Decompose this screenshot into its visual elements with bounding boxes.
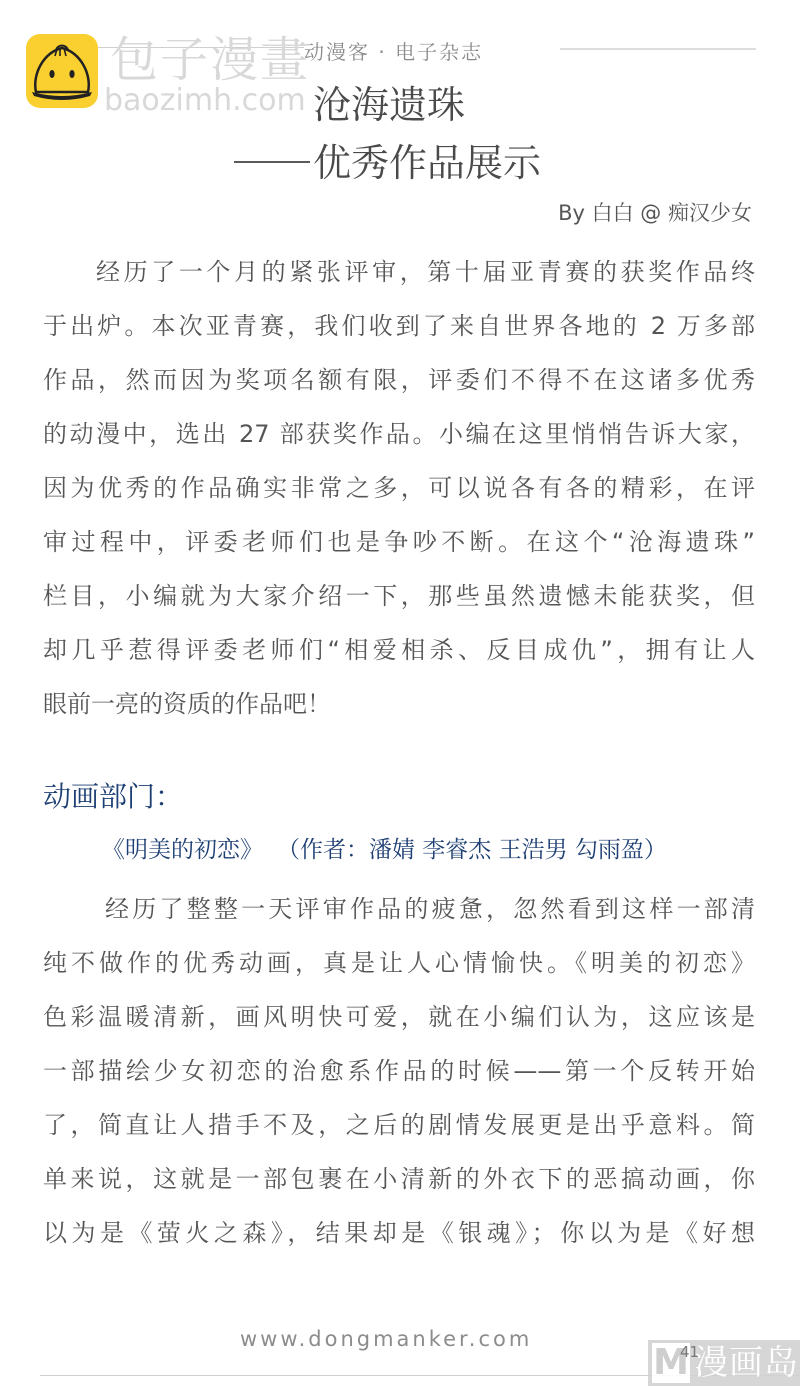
text-line: 因为优秀的作品确实非常之多，可以说各有各的精彩，在评 (43, 461, 755, 515)
text-line: 经历了整整一天评审作品的疲惫，忽然看到这样一部清 (43, 882, 755, 936)
magazine-name: 动漫客 · 电子杂志 (304, 36, 483, 65)
work-title: 《明美的初恋》 (102, 837, 263, 863)
text-line: 眼前一亮的资质的作品吧！ (43, 677, 755, 731)
text-line: 单来说，这就是一部包裹在小清新的外衣下的恶搞动画，你 (43, 1152, 755, 1206)
header-rule-right (560, 48, 756, 50)
text-line: 作品，然而因为奖项名额有限，评委们不得不在这诸多优秀 (43, 353, 755, 407)
watermark-site-name: 包子漫畫 (110, 30, 310, 90)
text-line: 栏目，小编就为大家介绍一下，那些虽然遗憾未能获奖，但 (43, 569, 755, 623)
title-dash (234, 161, 310, 163)
text-line: 以为是《萤火之森》，结果却是《银魂》；你以为是《好想 (43, 1206, 755, 1260)
text-line: 纯不做作的优秀动画，真是让人心情愉快。《明美的初恋》 (43, 936, 755, 990)
work-authors: （作者：潘婧 李睿杰 王浩男 勾雨盈） (277, 837, 667, 863)
article-title: 沧海遗珠 (313, 80, 465, 130)
page-number: 41 (680, 1343, 699, 1361)
corner-badge-text: 漫画岛 (694, 1342, 799, 1384)
text-line: 色彩温暖清新，画风明快可爱，就在小编们认为，这应该是 (43, 990, 755, 1044)
steamed-bun-icon (26, 34, 98, 108)
text-line: 经历了一个月的紧张评审，第十届亚青赛的获奖作品终 (43, 245, 755, 299)
article-subtitle: 优秀作品展示 (313, 138, 541, 188)
text-line: 却几乎惹得评委老师们“相爱相杀、反目成仇”，拥有让人 (43, 623, 755, 677)
footer-url: www.dongmanker.com (240, 1327, 532, 1351)
text-line: 的动漫中，选出 27 部获奖作品。小编在这里悄悄告诉大家， (43, 407, 755, 461)
text-line: 于出炉。本次亚青赛，我们收到了来自世界各地的 2 万多部 (43, 299, 755, 353)
section-heading: 动画部门： (43, 775, 183, 819)
text-line: 了，简直让人措手不及，之后的剧情发展更是出乎意料。简 (43, 1098, 755, 1152)
text-line: 一部描绘少女初恋的治愈系作品的时候——第一个反转开始 (43, 1044, 755, 1098)
watermark-site-url: baozimh.com (104, 84, 306, 118)
work-title-line: 《明美的初恋》（作者：潘婧 李睿杰 王浩男 勾雨盈） (102, 830, 667, 870)
intro-paragraph: 经历了一个月的紧张评审，第十届亚青赛的获奖作品终 于出炉。本次亚青赛，我们收到了… (43, 245, 755, 731)
corner-watermark-badge: M 漫画岛 (648, 1340, 800, 1386)
text-line: 审过程中，评委老师们也是争吵不断。在这个“沧海遗珠” (43, 515, 755, 569)
byline: By 白白 @ 痴汉少女 (558, 198, 752, 228)
review-paragraph: 经历了整整一天评审作品的疲惫，忽然看到这样一部清 纯不做作的优秀动画，真是让人心… (43, 882, 755, 1260)
